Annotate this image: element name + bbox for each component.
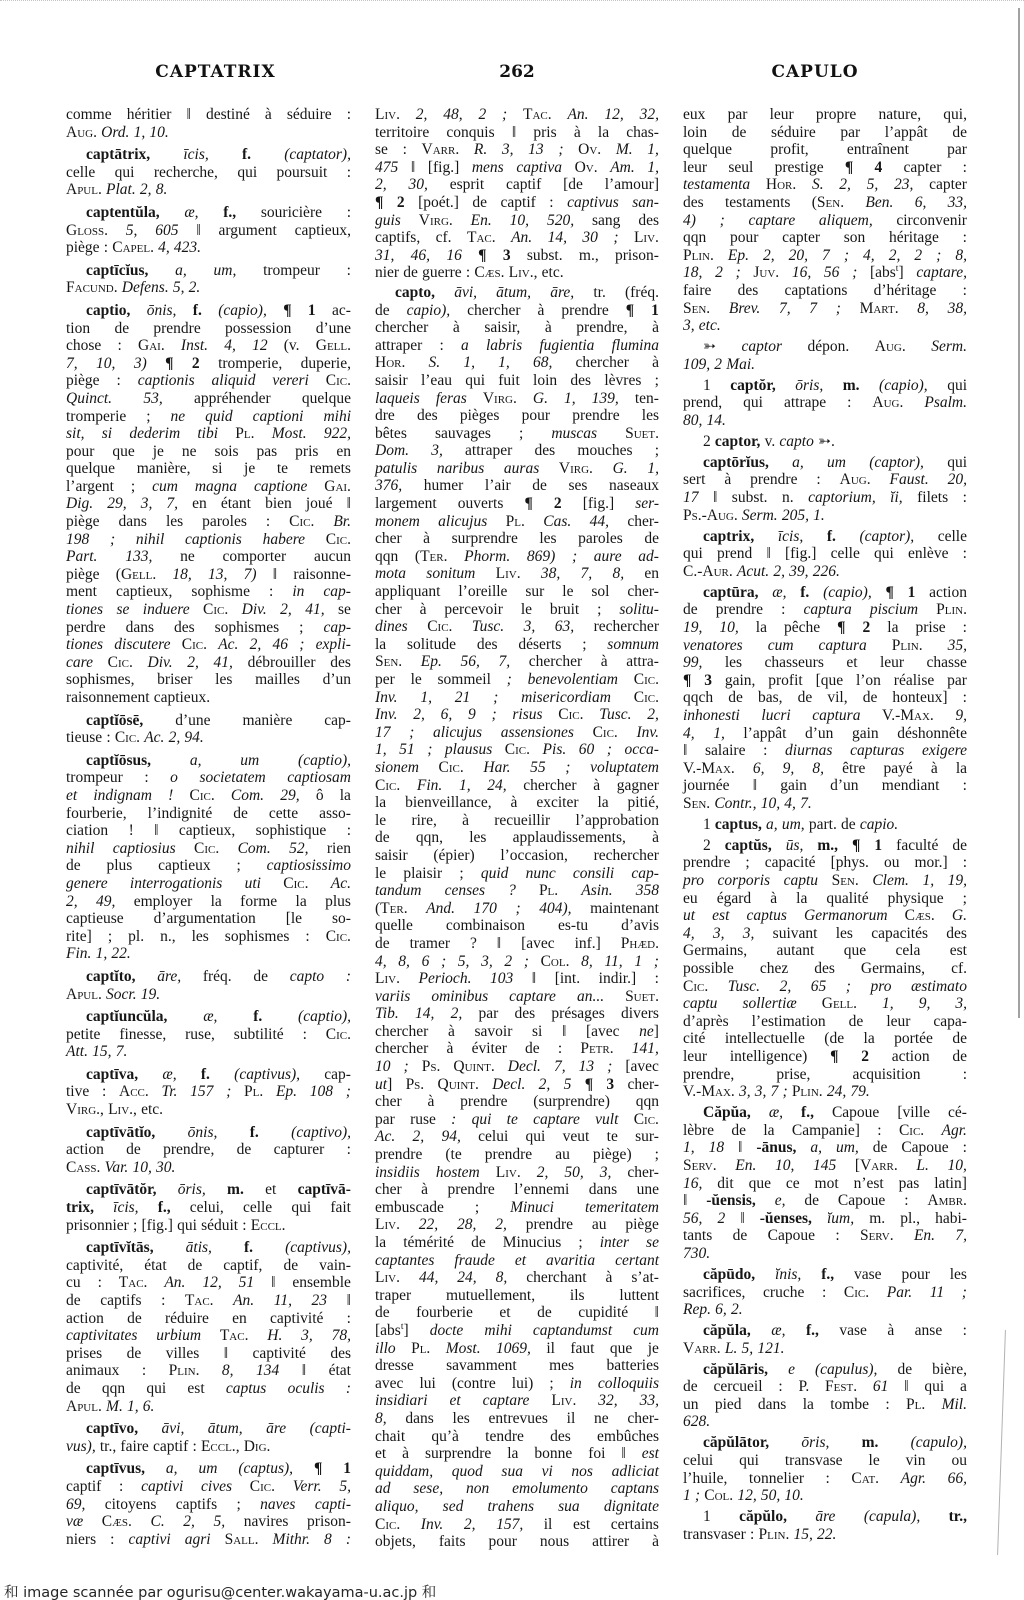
text-run: : [822,1284,826,1301]
text-run: cf. [436,229,452,246]
word: 17 [375,724,391,742]
text-run: pris [295,443,318,460]
text-run: prises [66,1345,102,1362]
italic-text: magna [195,478,237,495]
text-run: tendre [485,1428,524,1445]
word: ātum, [208,1420,243,1438]
text-line: căpŭlāris,e(capulus),debière, [683,1361,967,1379]
word: eux [683,106,705,124]
text-run: rite] [66,928,92,945]
word: m. [862,1434,879,1452]
text-run: ciation [66,822,108,839]
word: 8, [955,247,967,265]
italic-text: quod [452,1463,483,1480]
author-abbreviation: Cæs. [905,907,935,924]
word: argument [219,222,277,240]
text-run: : [763,742,767,759]
text-line: leurintelligence)¶2actionde [683,1048,967,1066]
word: pour [901,1266,929,1284]
text-run: rien [327,840,351,857]
word: ‖ [411,159,415,177]
bold-text: captĭuncŭla, [86,1008,167,1025]
text-run: qu’à [431,1428,459,1445]
word: chasseurs [764,654,823,672]
word: 3) [134,355,147,373]
word: de [863,689,878,707]
word: vi [542,1463,553,1481]
italic-text: mens [472,159,504,176]
word: G. [613,460,628,478]
italic-text: dederim [129,425,180,442]
text-line: ¶2[poét.]decaptif:captivussan- [375,194,659,212]
italic-text: 5, [339,1478,351,1495]
text-run: dit [717,1175,733,1192]
italic-text: Most. [446,1340,481,1357]
text-line: quiprend‖[fig.]cellequienlève: [683,545,967,563]
author-abbreviation: Suet. [625,425,659,442]
text-line: illoPl.Most.1069,ilfautqueje [375,1340,659,1358]
text-line: 10;Ps.Quint.Decl.7,13;[avec [375,1058,659,1076]
italic-text: adliciat [612,1463,659,1480]
word: Sen. [832,872,859,890]
word: (v. [284,337,300,355]
word: Capoue [768,1227,815,1245]
word: (Ter. [415,548,448,566]
italic-text: R. [474,141,487,158]
word: qui [465,372,485,390]
author-abbreviation: Gai. [324,478,351,495]
word: 3, [301,1327,313,1345]
author-abbreviation: Cic. [899,1122,924,1139]
text-run: ; [963,890,967,907]
italic-text: 10. [784,1487,803,1504]
word: de [375,1304,390,1322]
word: d’héritage [874,282,937,300]
word: ; [852,264,857,282]
word: f. [800,584,809,602]
italic-text: (capula), [864,1508,920,1525]
word: ; [493,689,498,707]
text-run: seul [728,159,753,176]
word: si [102,425,112,443]
word: et [265,1181,276,1199]
text-run: cher [375,530,402,547]
word: mutuellement, [446,1287,535,1305]
word: ac- [332,302,351,320]
text-run: [que [816,672,844,689]
italic-text: æ, [184,204,198,221]
word: 8, [398,953,410,971]
text-run: leur [880,654,904,671]
word: la [887,619,898,637]
text-line: Fin.1,22. [66,945,351,963]
italic-text: 1 [683,1487,691,1504]
text-run: Capoue [832,1104,879,1121]
word: manière [242,712,292,730]
word: bonne [534,1445,572,1463]
word: sonitum [426,565,475,583]
text-line: monemalicujusPl.Cas.44,cher- [375,513,659,531]
word: sua [501,1463,523,1481]
text-run: : [963,545,967,562]
text-run: quelque [683,141,732,158]
word: trompeur [263,262,320,280]
word: 2, [647,706,659,724]
word: Cic. [326,928,351,946]
word: Cic. [634,689,659,707]
word: īcis, [183,146,208,164]
author-abbreviation: Liv. [375,1216,400,1233]
text-line: raisonnementcaptieux. [66,689,351,707]
italic-text: 33, [948,194,967,211]
text-run: de [114,320,129,337]
word: indir.] [599,970,636,988]
text-run: la [597,794,608,811]
word: les [166,513,183,531]
word: cé- [948,1104,967,1122]
italic-text: 2, [839,176,851,193]
bold-text: 4 [875,159,883,176]
italic-text: æ, [162,1066,176,1083]
word: en [192,495,207,513]
text-line: Plin.Ep.2,20,7;4,2,2;8, [683,247,967,265]
word: [poét.] [418,194,459,212]
word: : [144,769,148,787]
text-run: cap- [324,712,351,729]
word: Defens. [122,279,169,297]
italic-text: 51 [399,741,415,758]
text-run: leur [683,159,707,176]
text-run: traper [375,1287,411,1304]
word: rechercher [594,847,659,865]
word: discutere [114,636,170,654]
word: ; [404,1058,409,1076]
word: cruche [763,1284,804,1302]
text-run: à [593,777,600,794]
italic-text: captorium, [808,489,876,506]
dictionary-entry: Liv.2,48,2;Tac.An.12,32,territoireconqui… [375,106,659,282]
italic-text: 14. [707,412,726,429]
italic-text: inter [600,1234,629,1251]
text-run: intelligence) [730,1048,807,1065]
word: salaire [705,742,745,760]
word: 3, [743,925,755,943]
word: 8, [222,1362,234,1380]
word: 2, [140,181,152,199]
word: captĭōsē, [86,712,143,730]
text-run: pl., [900,1210,920,1227]
word: l’argent [66,478,114,496]
author-abbreviation: Apul. [66,986,102,1003]
word: 3, [524,618,536,636]
word: journée [683,777,729,795]
text-run: rire, [411,812,436,829]
word: : [822,1284,826,1302]
italic-text: e, [775,1192,786,1209]
text-run: ruse, [185,1026,215,1043]
word: certains [611,1516,659,1534]
bold-text: captīvātĭo, [86,1124,155,1141]
word: (capio), [823,584,872,602]
italic-text: sua [558,1498,580,1515]
italic-text: exigere [922,742,967,759]
bold-text: 2 [192,355,200,372]
bold-text: f., [806,1322,819,1339]
text-run: surprendre [452,530,518,547]
text-run: captivité, [66,1257,123,1274]
word: prendre [375,1146,422,1164]
author-abbreviation: Aug. [840,471,871,488]
word: ; [502,106,507,124]
italic-text: ne [171,408,186,425]
text-run: attirer [592,1533,629,1550]
word: l’occasion, [500,847,568,865]
italic-text: æ, [772,584,786,601]
word: 2, [416,106,428,124]
word: la [756,619,767,637]
italic-text: ! [168,787,173,804]
word: Hor. [766,176,796,194]
word: : [102,1083,106,1101]
text-run: mutuellement, [446,1287,535,1304]
bold-text: captŭs, [725,837,772,854]
italic-text: 4, [375,953,387,970]
word: Decl. [508,1058,541,1076]
word: captifs [100,1292,141,1310]
word: 198 [66,531,89,549]
italic-text: 8 [324,1531,332,1548]
word: loin [683,124,707,142]
text-line: cu:Tac.An.12,51‖ensemble [66,1274,351,1292]
word: asso- [319,805,351,823]
text-run: capter [904,159,942,176]
word: Apul. [66,181,102,199]
italic-text: consili [573,865,614,882]
word: dépon. [808,338,850,356]
text-run: de [532,477,547,494]
text-run: lui) [512,1375,534,1392]
italic-text: : [346,968,351,985]
word: avaritia [546,1252,595,1270]
italic-text: monem [375,513,420,530]
word: Inv. [636,724,659,742]
text-run: vain- [319,1257,351,1274]
word: prendre [750,471,797,489]
author-abbreviation: Gell. [316,337,351,354]
italic-text: (capulo), [911,1434,967,1451]
italic-text: 41, [214,654,233,671]
text-run: ensemble [292,1274,351,1291]
italic-text: capto [779,433,813,450]
text-run: Minucius [503,1234,562,1251]
italic-text: captus [226,1380,266,1397]
word: [fig.] [785,545,816,563]
text-run: pl. [128,928,144,945]
text-run: embûches [597,1428,659,1445]
word: bêtes [375,425,407,443]
italic-text: æ, [771,1322,785,1339]
word: qui [177,1217,197,1235]
word: ; [427,741,432,759]
word: ‖ [562,1023,566,1041]
word: 39, [789,563,808,581]
text-run: paroles [202,513,247,530]
word: 50, [761,1487,780,1505]
text-line: captantesfraudeetavaritiacertant [375,1252,659,1270]
word: dre [375,407,395,425]
author-abbreviation: Liv. [509,264,534,281]
bold-text: ¶ [524,495,532,512]
italic-text: 7, [554,1058,566,1075]
word: 24, [457,1269,476,1287]
word: : [347,1310,351,1328]
text-run: ➳. [818,433,835,450]
word: : [963,619,967,637]
text-run: qui [177,1217,197,1234]
italic-text: insidiis [375,1164,420,1181]
word: agri [185,1531,211,1549]
word: qualité [826,890,868,908]
text-line: Att.15,7. [66,1043,351,1061]
word: ¶ [314,1460,322,1478]
text-line: Cic.Fin.1,24,chercheràgagner [375,777,659,795]
word: de [873,1139,888,1157]
text-run: : [303,1026,307,1043]
author-abbreviation: Sen. [683,300,710,317]
text-line: procorporiscaptuSen.Clem.1,19, [683,872,967,890]
word: ‖ [683,1192,687,1210]
word: dignitate [604,1498,659,1516]
italic-text: ut [683,907,695,924]
word: 32, [640,106,659,124]
text-run: : [192,1438,196,1455]
author-abbreviation: Quint. [453,1058,494,1075]
word: Br. [333,513,351,531]
bold-text: căpūdo, [703,1266,755,1283]
word: quid [205,408,233,426]
word: saisir [375,847,408,865]
text-line: 1,51;plaususCic.Pis.60;occa- [375,741,659,759]
bold-text: 2 [554,495,562,512]
word: n. [782,489,794,507]
word: pl. [128,928,144,946]
word: ; [236,857,240,875]
word: plaisir [403,865,442,883]
word: quelque [66,460,115,478]
text-run: par [840,124,860,141]
dictionary-entry: captīvātŏr,ōris,m.etcaptīvā-trix,īcis,f.… [66,1181,351,1234]
text-run: aucun [314,548,351,565]
author-abbreviation: Gloss. [66,222,108,239]
text-line: Apul.M.1,6. [66,1398,351,1416]
text-run: [fig.] [785,545,816,562]
word: prisonnier [66,1217,129,1235]
italic-text: et [450,1392,461,1409]
italic-text: plausus [445,741,492,758]
word: de [537,1304,552,1322]
word: en [232,1310,247,1328]
text-run: qqn [375,548,398,565]
word: ātum, [496,284,531,302]
text-run: prise [916,619,946,636]
word: a, [190,752,202,770]
word: 2, [464,1516,476,1534]
text-line: quiddam,quodsuavinosadliciat [375,1463,659,1481]
word: Psalm. [924,394,967,412]
word: 32, [598,1392,617,1410]
text-run: cher [375,601,402,618]
text-line: loindeséduireparl’appâtde [683,124,967,142]
text-run: le [411,671,422,688]
word: ; [519,425,523,443]
word: chercher [523,777,576,795]
word: Petr. [580,1040,613,1058]
word: captīva, [86,1066,138,1084]
text-run: d’une [175,712,210,729]
author-abbreviation: Col. [704,1487,733,1504]
text-run: à [421,1181,428,1198]
text-run: [avec [586,1023,620,1040]
text-run: les [950,1266,967,1283]
text-run: esprit [450,176,484,193]
word: [abst] [870,264,904,282]
word: Tac. [220,1327,249,1345]
italic-text: væ [66,1513,83,1530]
text-run: anse [915,1322,943,1339]
word: 2, [187,654,199,672]
word: aliquid [212,372,256,390]
italic-text: lucri [761,707,790,724]
italic-text: expli- [316,636,351,653]
italic-text: nihil [66,840,94,857]
italic-text: 2 [714,356,722,373]
text-run: subtilité [234,1026,284,1043]
italic-text: captiva [516,159,562,176]
word: objets, [375,1533,416,1551]
italic-text: uti [245,875,261,892]
italic-text: induere [143,601,190,618]
word: in [292,583,304,601]
italic-text: 2, [495,1216,507,1233]
word: bière, [932,1361,967,1379]
text-run: pitié, [628,794,659,811]
word: part. [809,816,837,834]
italic-text: 2, [375,176,387,193]
italic-text: sed [443,1498,464,1515]
italic-text: feras [436,390,467,407]
text-line: Dig.29,3,7,enétantbienjoué‖ [66,495,351,513]
italic-text: 3, [431,442,443,459]
word: l’eau [421,372,452,390]
text-run: : [102,1083,106,1100]
word: fraude [454,1252,494,1270]
text-run: des [330,1345,351,1362]
word: Liv. [375,1269,400,1287]
italic-text: pro [870,978,891,995]
word: 12, [604,106,623,124]
word: le [411,671,422,689]
italic-text: 4, [158,239,170,256]
word: 19, [683,619,702,637]
text-run: : [963,619,967,636]
italic-text: 2, [416,106,428,123]
author-abbreviation: Tac. [119,1274,148,1291]
word: 2, [780,978,792,996]
italic-text: qui [472,1111,492,1128]
word: vult [595,1111,618,1129]
text-run: bruit [550,601,579,618]
word: honteux] [892,689,947,707]
